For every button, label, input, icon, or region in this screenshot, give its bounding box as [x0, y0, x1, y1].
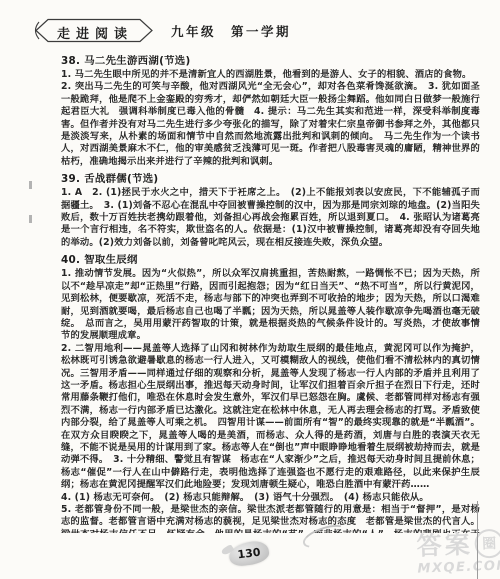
section-title: 马二先生游西湖(节选)	[84, 55, 190, 67]
section-heading: 40. 智取生辰纲	[61, 254, 480, 267]
section-number: 38.	[61, 55, 80, 67]
answer-site-watermark: 答案 圈 MXQE.COM	[416, 528, 500, 576]
answer-paragraph: 1. A 2. (1)拯民于水火之中，措天下于衽席之上。 (2)上不能报刘表以安…	[61, 187, 480, 249]
answer-paragraph: 4. (1) 杨志无可奈何。 (2) 杨志只能辩解。 (3) 语气十分强烈。 (…	[61, 492, 480, 504]
scan-edge-mark	[29, 215, 32, 223]
watermark-brand: 答案 圈	[416, 528, 500, 560]
page-header: 走进阅读 九年级 第一学期	[30, 17, 291, 44]
answer-paragraph: 5. 老都管身份不同一般，是梁世杰的亲信。梁世杰派老都管随行的用意是：相当于“督…	[61, 504, 480, 533]
section-number: 39.	[61, 173, 80, 185]
section-39: 39. 舌战群儒(节选) 1. A 2. (1)拯民于水火之中，措天下于衽席之上…	[61, 173, 480, 249]
section-title: 舌战群儒(节选)	[84, 173, 158, 185]
page-number: 130	[237, 546, 261, 562]
section-title: 智取生辰纲	[84, 254, 137, 266]
scan-edge-mark	[29, 181, 32, 189]
section-number: 40.	[61, 254, 80, 266]
section-38: 38. 马二先生游西湖(节选) 1. 马二先生眼中所见的并不是清新宜人的西湖胜景…	[61, 55, 480, 168]
answer-content: 38. 马二先生游西湖(节选) 1. 马二先生眼中所见的并不是清新宜人的西湖胜景…	[61, 55, 480, 533]
answer-paragraph: 2. 二智用地利——晁盖等人选择了山冈和树林作为劫取生辰纲的最佳地点，黄泥冈可以…	[61, 343, 480, 492]
scan-edge-line	[477, 501, 478, 579]
section-40: 40. 智取生辰纲 1. 推动情节发展。因为“火似热”，所以众军汉肩挑重担，苦热…	[61, 254, 480, 533]
series-logo: 走进阅读	[30, 17, 156, 44]
answer-paragraph: 2. 突出马二先生的可笑与辛酸，他对西湖风光“全无会心”，却对各色菜肴馋涎欲滴。…	[61, 81, 480, 168]
page-number-badge: 130	[228, 540, 271, 568]
answer-paragraph: 1. 马二先生眼中所见的并不是清新宜人的西湖胜景，他看到的是游人、女子的相貌、酒…	[61, 69, 480, 81]
section-heading: 39. 舌战群儒(节选)	[61, 173, 480, 186]
watermark-site-url: MXQE.COM	[417, 558, 500, 576]
section-heading: 38. 马二先生游西湖(节选)	[61, 55, 480, 68]
textbook-page: 走进阅读 九年级 第一学期 38. 马二先生游西湖(节选) 1. 马二先生眼中所…	[0, 0, 500, 579]
watermark-brand-text: 答案	[416, 531, 473, 559]
answer-paragraph: 1. 推动情节发展。因为“火似热”，所以众军汉肩挑重担，苦热耐熬，一路惆怅不已；…	[61, 268, 480, 342]
series-title: 走进阅读	[40, 23, 150, 42]
grade-term: 九年级 第一学期	[171, 22, 291, 40]
